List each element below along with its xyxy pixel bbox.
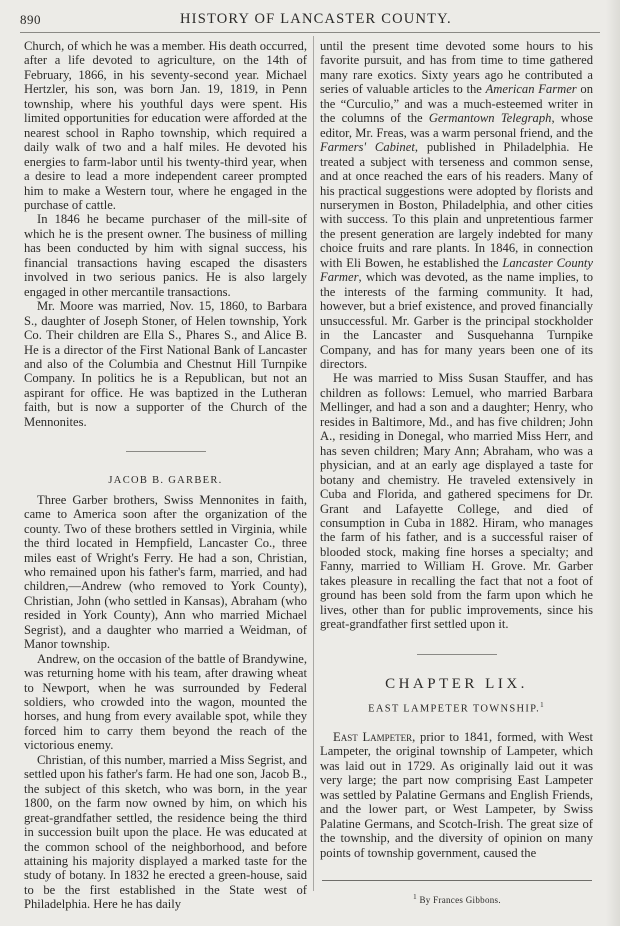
publication-title: Farmers' Cabinet — [320, 140, 415, 154]
lead-in-small-caps: East Lampeter — [333, 730, 412, 744]
footnote-reference: 1 — [540, 701, 545, 709]
right-column: until the present time devoted some hour… — [320, 39, 593, 860]
text-run: , prior to 1841, formed, with West Lampe… — [320, 730, 593, 860]
section-heading: EAST LAMPETER TOWNSHIP.1 — [320, 698, 593, 717]
paragraph: Mr. Moore was married, Nov. 15, 1860, to… — [24, 299, 307, 429]
header-rule — [20, 32, 600, 33]
paragraph: until the present time devoted some hour… — [320, 39, 593, 371]
paragraph: Christian, of this number, married a Mis… — [24, 753, 307, 912]
paragraph: East Lampeter, prior to 1841, formed, wi… — [320, 730, 593, 860]
text-run: , published in Philadelphia. He treated … — [320, 140, 593, 270]
page-header: 890 HISTORY OF LANCASTER COUNTY. — [20, 8, 600, 30]
section-separator — [126, 451, 206, 452]
section-separator — [417, 654, 497, 655]
footnote: 1 By Frances Gibbons. — [322, 893, 592, 905]
paragraph: Church, of which he was a member. His de… — [24, 39, 307, 212]
biography-heading: JACOB B. GARBER. — [24, 474, 307, 488]
paragraph: Three Garber brothers, Swiss Mennonites … — [24, 493, 307, 652]
publication-title: American Farmer — [486, 82, 577, 96]
paragraph: Andrew, on the occasion of the battle of… — [24, 652, 307, 753]
chapter-heading: CHAPTER LIX. — [320, 677, 593, 691]
paragraph: In 1846 he became purchaser of the mill-… — [24, 212, 307, 299]
publication-title: Germantown Telegraph — [429, 111, 552, 125]
running-title: HISTORY OF LANCASTER COUNTY. — [180, 11, 452, 28]
column-divider — [313, 36, 314, 891]
page-edge-shadow — [606, 0, 620, 926]
footnote-text: By Frances Gibbons. — [417, 895, 501, 905]
left-column: Church, of which he was a member. His de… — [24, 39, 307, 912]
paragraph: He was married to Miss Susan Stauffer, a… — [320, 371, 593, 631]
footnote-rule — [322, 880, 592, 881]
section-heading-text: EAST LAMPETER TOWNSHIP. — [368, 704, 540, 715]
text-run: , which was devoted, as the name implies… — [320, 270, 593, 371]
page-number: 890 — [20, 12, 41, 28]
